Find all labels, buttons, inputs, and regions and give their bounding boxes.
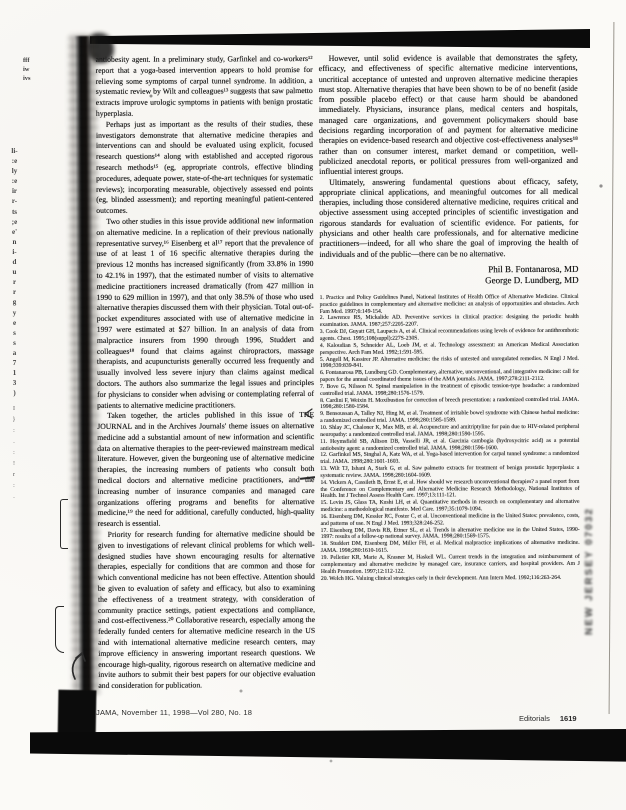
reference-item: 18. Studdert DM, Eisenberg DM, Miller FH… xyxy=(321,540,580,555)
reference-item: 13. Wilt TJ, Ishani A, Stark G, et al. S… xyxy=(320,465,579,480)
reference-item: 4. Kaloudian S, Schneider AL, Loeb JM, e… xyxy=(320,342,579,357)
journal-footer-citation: JAMA, November 11, 1998—Vol 280, No. 18 xyxy=(96,708,252,717)
paragraph: Priority for research funding for altern… xyxy=(98,529,316,692)
reference-item: 12. Garfinkel MS, Singhal A, Katz WA, et… xyxy=(320,451,579,466)
pen-arrow-icon xyxy=(68,650,94,682)
reference-item: 2. Lawrence RS, Mickalide AD. Preventive… xyxy=(320,314,579,329)
section-label: Editorials xyxy=(519,714,550,723)
paragraph: Taken together, the articles published i… xyxy=(97,410,315,530)
right-column: However, until solid evidence is availab… xyxy=(319,53,580,583)
reference-item: 5. Angell M, Kassirer JP. Alternative me… xyxy=(320,355,579,370)
paragraph: Ultimately, answering fundamental questi… xyxy=(319,176,578,260)
reference-item: 14. Vickers A, Cassileth B, Ernst E, et … xyxy=(320,479,579,501)
left-column: antiobesity agent. In a preliminary stud… xyxy=(96,54,316,692)
article-content: antiobesity agent. In a preliminary stud… xyxy=(0,0,626,810)
author-signature: George D. Lundberg, MD xyxy=(320,275,579,288)
reference-item: 7. Bove G, Nilsson N. Spinal manipulatio… xyxy=(320,383,579,398)
pen-bracket-annotation xyxy=(60,499,68,549)
paragraph: antiobesity agent. In a preliminary stud… xyxy=(96,54,313,120)
pen-bracket-annotation xyxy=(55,606,64,653)
reference-item: 20. Welch HG. Valuing clinical strategie… xyxy=(321,574,580,582)
footer-section-and-page: Editorials 1619 xyxy=(519,714,577,723)
author-signatures: Phil B. Fontanarosa, MD George D. Lundbe… xyxy=(319,264,578,288)
reference-item: 3. Cook DJ, Guyatt GH, Laupacis A, et al… xyxy=(320,328,579,343)
reference-item: 1. Practice and Policy Guidelines Panel,… xyxy=(320,294,579,316)
paragraph: However, until solid evidence is availab… xyxy=(319,53,579,178)
reference-item: 10. Shlay JC, Chaloner K, Max MB, et al.… xyxy=(320,424,579,439)
scanned-journal-page: fff iw ivs li- :e ly :e ir r- ts ;e e' n… xyxy=(0,0,626,810)
reference-item: 15. Levin JS, Glass TA, Kushi LH, et al.… xyxy=(321,499,580,514)
pen-tick-icon xyxy=(302,408,314,420)
paragraph: Two other studies in this issue provide … xyxy=(96,216,314,411)
reference-item: 19. Pelletier KR, Marie A, Krasner M, Ha… xyxy=(321,554,580,576)
paragraph: Perhaps just as important as the results… xyxy=(96,119,313,217)
reference-item: 9. Bensoussan A, Talley NJ, Hing M, et a… xyxy=(320,410,579,425)
reference-item: 6. Fontanarosa PB, Lundberg GD. Compleme… xyxy=(320,369,579,384)
reference-item: 16. Eisenberg DM, Kessler RC, Foster C, … xyxy=(321,513,580,528)
page-number: 1619 xyxy=(560,714,577,723)
reference-list: 1. Practice and Policy Guidelines Panel,… xyxy=(320,294,580,583)
